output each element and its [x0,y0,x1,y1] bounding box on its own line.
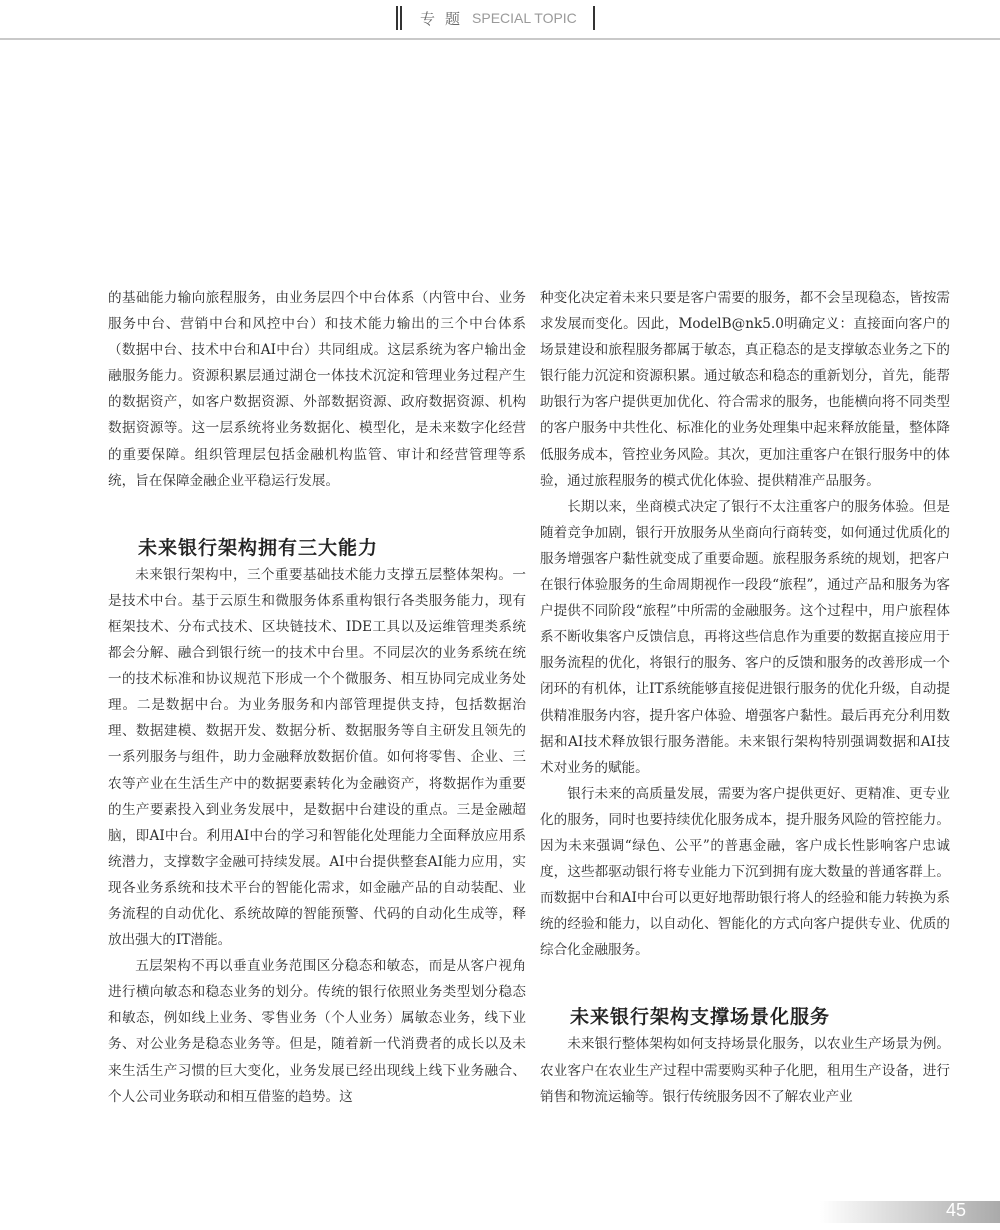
section-title-cn: 专题 [420,8,470,29]
paragraph: 未来银行整体架构如何支持场景化服务，以农业生产场景为例。农业客户在农业生产过程中… [540,1031,950,1109]
paragraph: 种变化决定着未来只要是客户需要的服务，都不会呈现稳态，皆按需求发展而变化。因此，… [540,285,950,494]
page-number: 45 [946,1200,966,1221]
section-heading: 未来银行架构支撑场景化服务 [540,1003,950,1031]
right-column: 种变化决定着未来只要是客户需要的服务，都不会呈现稳态，皆按需求发展而变化。因此，… [540,285,950,1110]
paragraph: 未来银行架构中，三个重要基础技术能力支撑五层整体架构。一是技术中台。基于云原生和… [108,562,526,953]
header-end-bar-icon [593,6,595,30]
paragraph: 银行未来的高质量发展，需要为客户提供更好、更精准、更专业化的服务，同时也要持续优… [540,781,950,964]
spacer [108,494,526,520]
section-title-en: SPECIAL TOPIC [472,10,577,26]
paragraph: 长期以来，坐商模式决定了银行不太注重客户的服务体验。但是随着竞争加剧，银行开放服… [540,494,950,781]
spacer [540,963,950,989]
left-column: 的基础能力输向旅程服务，由业务层四个中台体系（内管中台、业务服务中台、营销中台和… [108,285,526,1110]
page-number-bar [820,1201,1000,1223]
section-heading: 未来银行架构拥有三大能力 [108,534,526,562]
paragraph: 五层架构不再以垂直业务范围区分稳态和敏态，而是从客户视角进行横向敏态和稳态业务的… [108,953,526,1110]
running-header: 专题 SPECIAL TOPIC [0,0,1000,40]
paragraph: 的基础能力输向旅程服务，由业务层四个中台体系（内管中台、业务服务中台、营销中台和… [108,285,526,494]
header-double-bar-icon [396,6,402,30]
section-label: 专题 SPECIAL TOPIC [396,6,595,30]
